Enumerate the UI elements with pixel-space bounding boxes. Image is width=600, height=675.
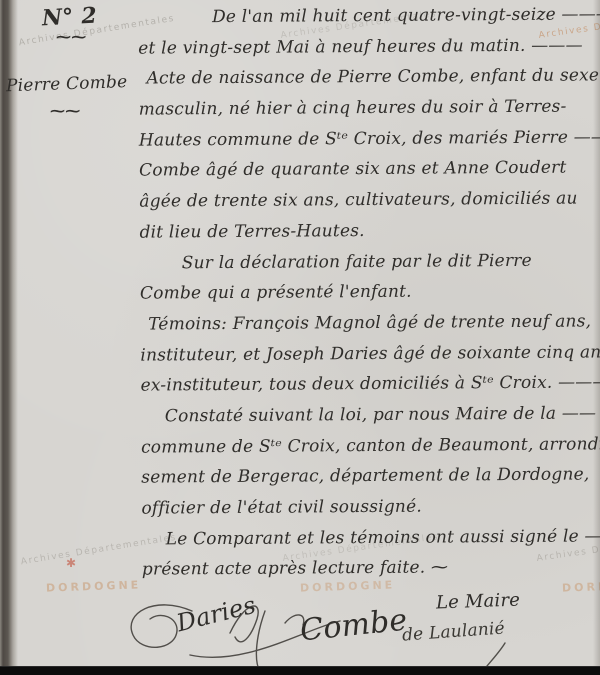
register-page-scan: Archives Départementales Archives Départ… <box>0 0 600 675</box>
act-line: commune de Sᵗᵉ Croix, canton de Beaumont… <box>141 434 597 468</box>
act-line: officier de l'état civil soussigné. <box>141 495 597 529</box>
act-line: De l'an mil huit cent quatre-vingt-seize… <box>138 4 594 38</box>
act-line: Le Comparant et les témoins ont aussi si… <box>142 526 598 560</box>
act-line: Combe âgé de quarante six ans et Anne Co… <box>139 158 595 192</box>
margin-child-name: Pierre Combe <box>6 72 139 97</box>
flourish-descender <box>256 611 265 672</box>
watermark-star-icon: ✱ <box>66 556 76 570</box>
flourish-mark: ⁓⁓ <box>50 102 80 120</box>
act-body-text: De l'an mil huit cent quatre-vingt-seize… <box>138 4 598 590</box>
act-line: Constaté suivant la loi, par nous Maire … <box>141 403 597 437</box>
act-line: masculin, né hier à cinq heures du soir … <box>139 96 595 130</box>
page-binding-shadow <box>0 0 18 675</box>
act-line: et le vingt-sept Mai à neuf heures du ma… <box>138 35 594 69</box>
act-line: Combe qui a présenté l'enfant. <box>140 281 596 315</box>
act-line: ex-instituteur, tous deux domiciliés à S… <box>141 373 597 407</box>
act-line: âgée de trente six ans, cultivateurs, do… <box>139 189 595 223</box>
act-line: présent acte après lecture faite. ⁓ <box>142 557 598 591</box>
act-line: Témoins: François Magnol âgé de trente n… <box>140 311 596 345</box>
act-line: Sur la déclaration faite par le dit Pier… <box>140 250 596 284</box>
act-line: sement de Bergerac, département de la Do… <box>141 465 597 499</box>
flourish-mark: ⁓⁓ <box>56 28 86 46</box>
act-line: Acte de naissance de Pierre Combe, enfan… <box>138 66 594 100</box>
act-line: instituteur, et Joseph Daries âgé de soi… <box>140 342 596 376</box>
act-line: Hautes commune de Sᵗᵉ Croix, des mariés … <box>139 127 595 161</box>
scan-bottom-bar <box>0 666 600 675</box>
act-line: dit lieu de Terres-Hautes. <box>139 219 595 253</box>
